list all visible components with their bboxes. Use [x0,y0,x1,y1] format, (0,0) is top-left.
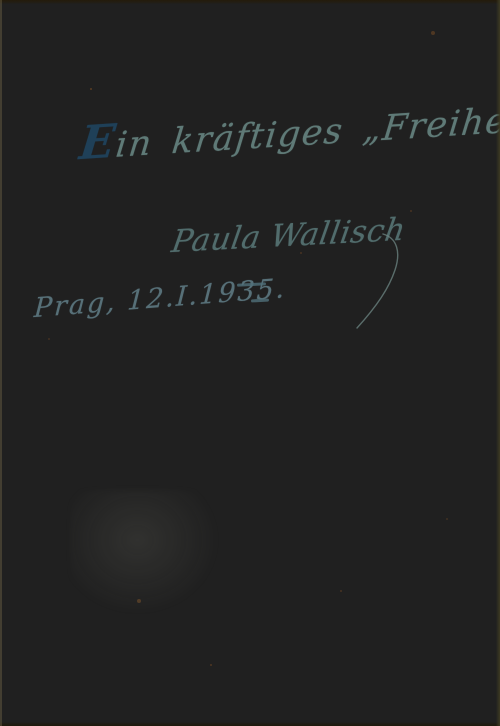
signature-flourish-stroke [345,232,405,332]
scan-edge-top [0,0,500,4]
scan-edge-left [0,0,2,726]
dateline: Prag, 12.I.1935. [33,273,287,324]
dedication-line: Ein kräftiges „Freiheit’ [77,86,500,170]
scan-edge-bottom [0,722,500,726]
dedication-text: in kräftiges „Freiheit’ [114,98,500,166]
scan-edge-right [496,0,500,726]
foxing-speckles [90,88,92,90]
scanned-flyleaf-page: Ein kräftiges „Freiheit’ Paula Wallisch … [0,0,500,726]
grey-smudge-stain [70,490,220,615]
